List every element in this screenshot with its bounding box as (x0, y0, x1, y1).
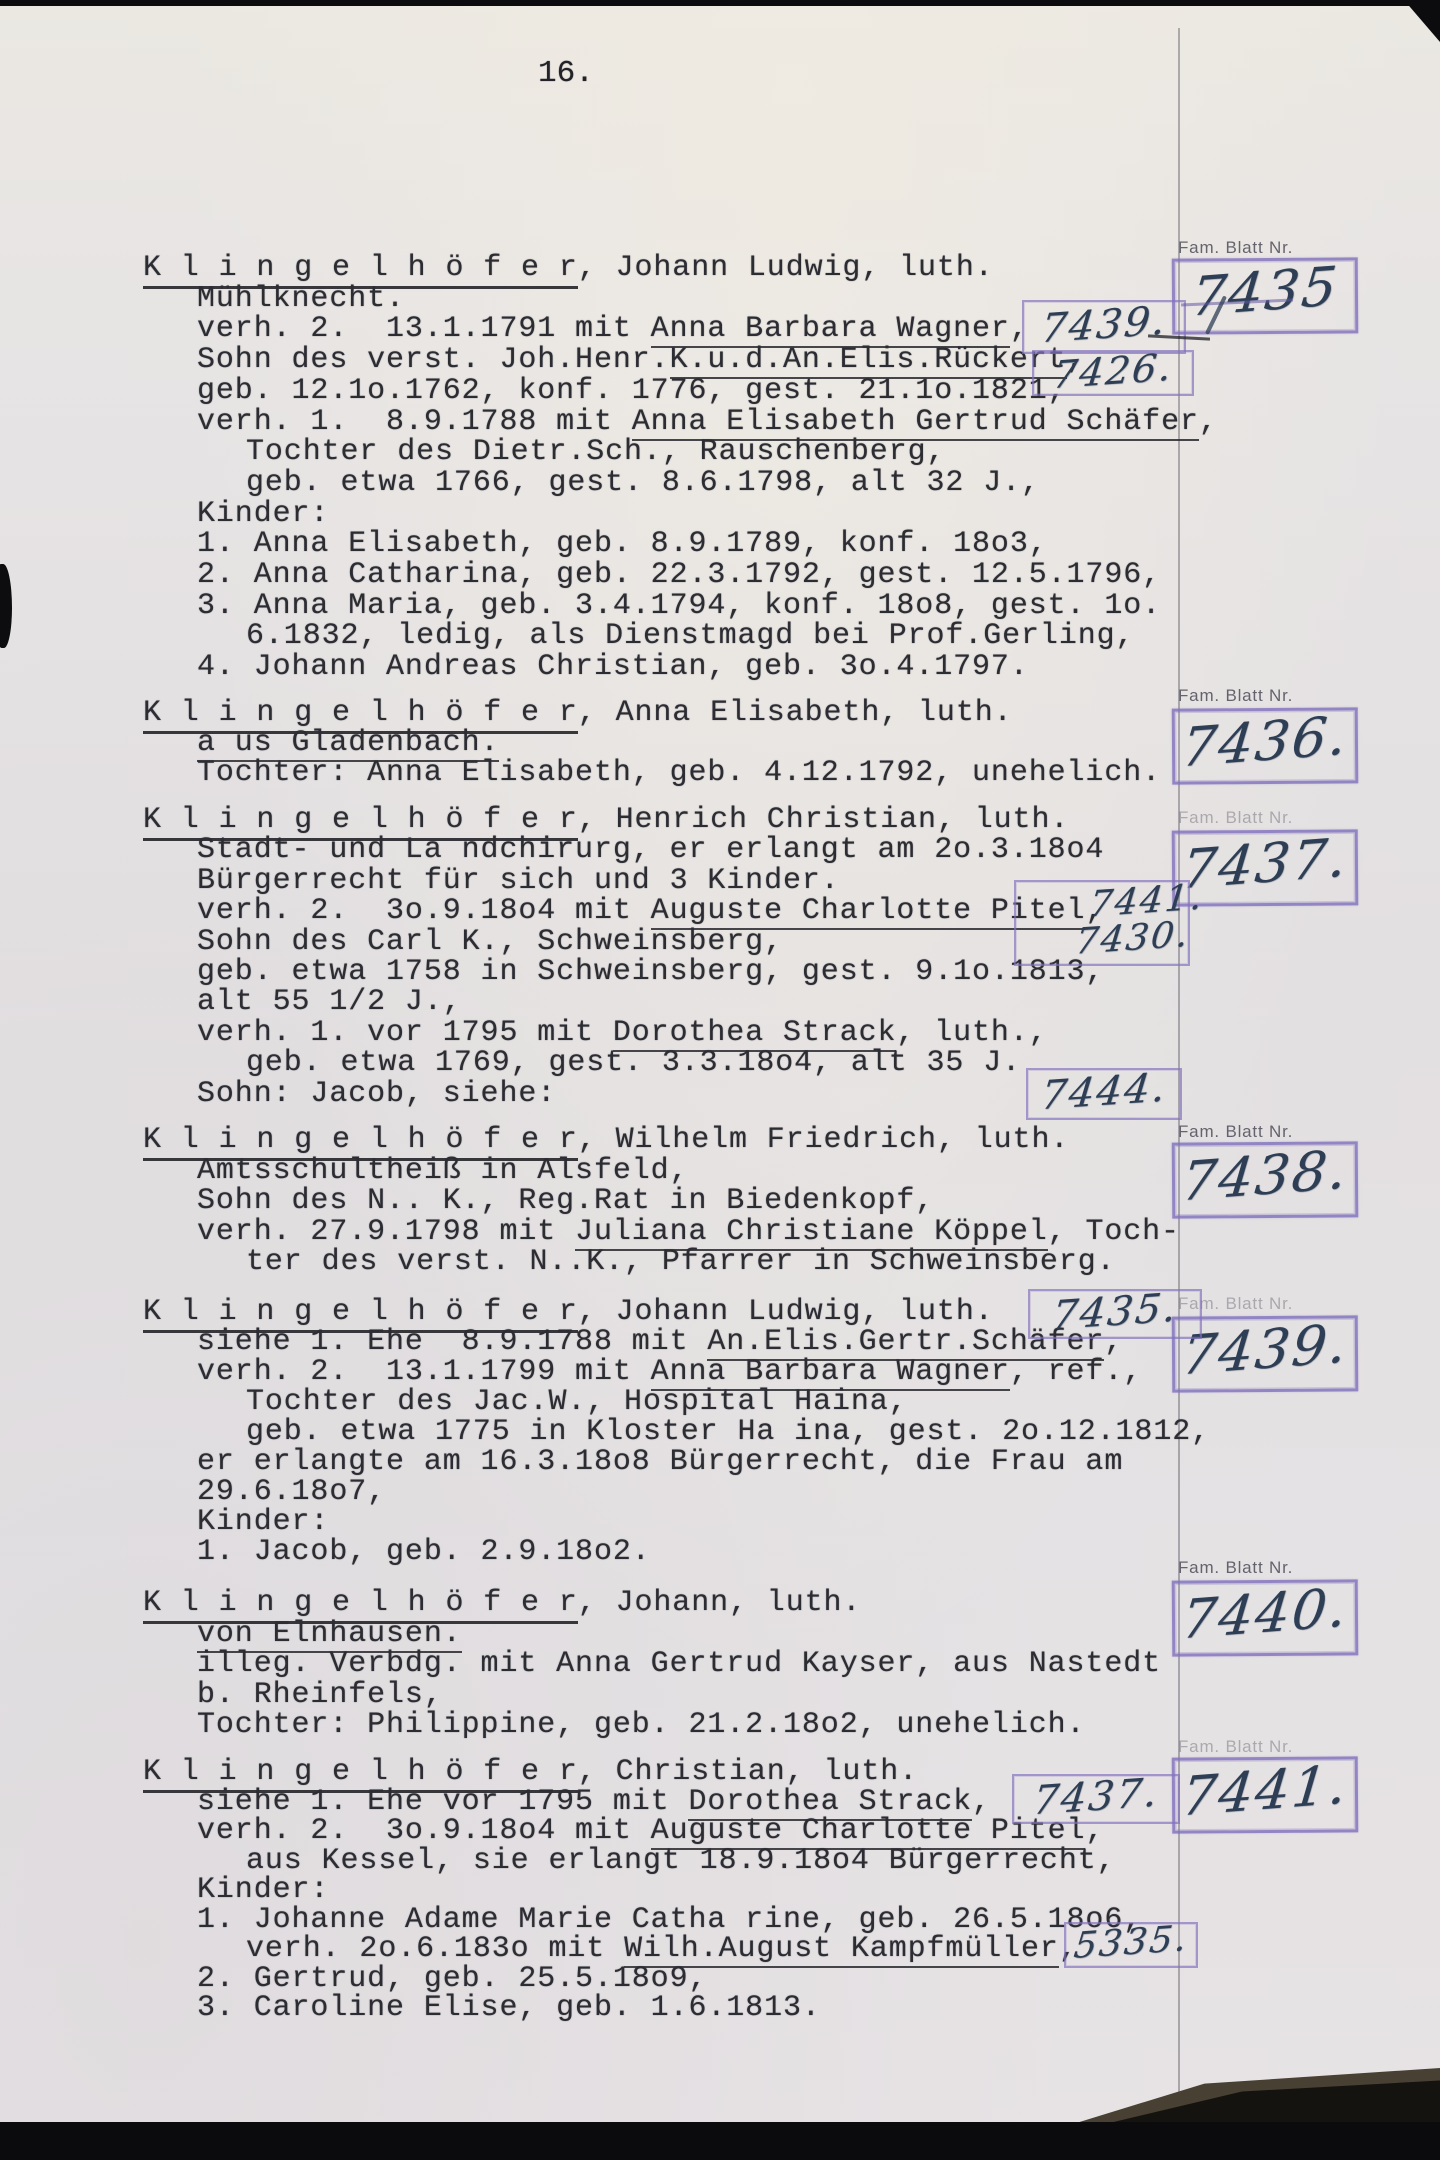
text-line: geb. etwa 1775 in Kloster Ha ina, gest. … (246, 1417, 1210, 1447)
text-line: verh. 2. 13.1.1799 mit Anna Barbara Wagn… (197, 1357, 1142, 1387)
page-number: 16. (538, 56, 594, 91)
text-line: Tochter des Jac.W., Hospital Haina, (246, 1387, 908, 1417)
text-segment: ter des verst. N..K., Pfarrer in Schwein… (246, 1245, 1116, 1279)
text-segment: Tochter des Jac.W., Hospital Haina, (246, 1385, 908, 1419)
handwritten-number: 7444. (1025, 1065, 1183, 1119)
text-segment: , ref., (1010, 1355, 1142, 1389)
text-segment: verh. 2. 13.1.1799 mit (197, 1355, 651, 1389)
text-line: Sohn: Jacob, siehe: (197, 1079, 556, 1109)
text-segment: er erlangte am 16.3.18o8 Bürgerrecht, di… (197, 1445, 1123, 1479)
handwritten-number: 5335. (1063, 1920, 1198, 1967)
text-segment: , Johann Ludwig, luth. (578, 251, 994, 285)
text-line: Stadt- und La ndchirurg, er erlangt am 2… (197, 835, 1104, 865)
text-line: verh. 2. 13.1.1791 mit Anna Barbara Wagn… (197, 314, 1029, 344)
text-line: er erlangte am 16.3.18o8 Bürgerrecht, di… (197, 1447, 1123, 1477)
text-segment: Sohn des verst. Joh.Henr. (197, 343, 670, 377)
text-segment: verh. 1. vor 1795 mit (197, 1016, 613, 1050)
text-line: Amtsschultheiß in Alsfeld, (197, 1156, 688, 1186)
scan-corner-top-right (1404, 0, 1440, 42)
text-line: Tochter des Dietr.Sch., Rauschenberg, (246, 437, 945, 467)
stamp-label: Fam. Blatt Nr. (1178, 1122, 1293, 1142)
text-line: K l i n g e l h ö f e r, Johann Ludwig, … (143, 1297, 994, 1327)
text-line: Sohn des Carl K., Schweinsberg, (197, 927, 783, 957)
text-segment: geb. etwa 1769, gest. 3.3.18o4, alt 35 J… (246, 1046, 1021, 1080)
stamp-number: 7441. (1171, 1753, 1359, 1829)
stamp-label: Fam. Blatt Nr. (1178, 238, 1293, 258)
text-segment: , Toch- (1048, 1215, 1180, 1249)
text-line: 2. Gertrud, geb. 25.5.18o9, (197, 1964, 707, 1994)
text-line: K l i n g e l h ö f e r, Henrich Christi… (143, 805, 1069, 835)
text-line: 6.1832, ledig, als Dienstmagd bei Prof.G… (246, 621, 1134, 651)
text-line: K l i n g e l h ö f e r, Christian, luth… (143, 1757, 918, 1787)
text-line: geb. etwa 1766, gest. 8.6.1798, alt 32 J… (246, 468, 1040, 498)
text-line: geb. 12.1o.1762, konf. 1776, gest. 21.1o… (197, 376, 1067, 406)
handwritten-annotation: 7426. (1032, 350, 1194, 396)
handwritten-annotation: 7430. (1076, 921, 1184, 961)
stamp-box: 7441. (1172, 1756, 1359, 1833)
text-line: K l i n g e l h ö f e r, Johann, luth. (143, 1588, 861, 1618)
text-segment: 1. Anna Elisabeth, geb. 8.9.1789, konf. … (197, 527, 1048, 561)
text-line: verh. 1. 8.9.1788 mit Anna Elisabeth Ger… (197, 407, 1218, 437)
stamp-box: 7440. (1172, 1579, 1359, 1656)
stamp-number: 7435 (1171, 254, 1359, 330)
text-line: b. Rheinfels, (197, 1680, 443, 1710)
text-line: siehe 1. Ehe 8.9.1788 mit An.Elis.Gertr.… (197, 1327, 1123, 1357)
text-line: aus Kessel, sie erlangt 18.9.18o4 Bürger… (246, 1846, 1116, 1876)
scan-mark-left-edge (0, 564, 12, 648)
stamp-label: Fam. Blatt Nr. (1178, 808, 1293, 828)
handwritten-number: 7426. (1031, 347, 1195, 396)
text-segment: verh. 1. 8.9.1788 mit (197, 405, 632, 439)
text-line: Mühlknecht. (197, 284, 405, 314)
text-segment: Kinder: (197, 497, 329, 531)
text-segment: Mühlknecht. (197, 282, 405, 316)
text-line: geb. etwa 1758 in Schweinsberg, gest. 9.… (197, 957, 1104, 987)
text-segment: Amtsschultheiß in Alsfeld, (197, 1154, 688, 1188)
text-segment: Tochter: Philippine, geb. 21.2.18o2, une… (197, 1708, 1085, 1742)
text-segment: Bürgerrecht für sich und 3 Kinder. (197, 864, 840, 898)
handwritten-number: 7435. (1027, 1285, 1203, 1339)
text-segment: , Henrich Christian, luth. (578, 803, 1069, 837)
text-segment: 6.1832, ledig, als Dienstmagd bei Prof.G… (246, 619, 1134, 653)
scanned-register-page: 16. K l i n g e l h ö f e r, Johann Ludw… (0, 0, 1440, 2160)
text-line: Kinder: (197, 1875, 329, 1905)
text-segment: , Anna Elisabeth, luth. (578, 696, 1013, 730)
text-line: Bürgerrecht für sich und 3 Kinder. (197, 866, 840, 896)
handwritten-annotation: 7435. (1028, 1289, 1202, 1339)
scan-edge-bottom (0, 2122, 1440, 2160)
text-line: Tochter: Anna Elisabeth, geb. 4.12.1792,… (197, 758, 1161, 788)
text-line: illeg. Verbdg. mit Anna Gertrud Kayser, … (197, 1649, 1161, 1679)
text-segment: siehe 1. Ehe 8.9.1788 mit (197, 1325, 707, 1359)
text-segment: geb. etwa 1758 in Schweinsberg, gest. 9.… (197, 955, 1104, 989)
text-segment: 3. Anna Maria, geb. 3.4.1794, konf. 18o8… (197, 589, 1161, 623)
text-line: siehe 1. Ehe vor 1795 mit Dorothea Strac… (197, 1787, 991, 1817)
text-line: 3. Caroline Elise, geb. 1.6.1813. (197, 1993, 821, 2023)
text-segment: , luth., (896, 1016, 1047, 1050)
scan-edge-top (0, 0, 1440, 6)
text-line: Kinder: (197, 499, 329, 529)
text-segment: geb. etwa 1766, gest. 8.6.1798, alt 32 J… (246, 466, 1040, 500)
text-segment: Stadt- und La ndchirurg, er erlangt am 2… (197, 833, 1104, 867)
handwritten-number: 7437. (1011, 1770, 1181, 1823)
text-segment: Kinder: (197, 1505, 329, 1539)
text-segment: Tochter des Dietr.Sch., Rauschenberg, (246, 435, 945, 469)
handwritten-annotation: 7444. (1026, 1068, 1182, 1120)
text-segment: 1. Jacob, geb. 2.9.18o2. (197, 1535, 651, 1569)
text-line: a us Gladenbach. (197, 728, 499, 758)
text-line: K l i n g e l h ö f e r, Johann Ludwig, … (143, 253, 994, 283)
text-segment: verh. 2. 13.1.1791 mit (197, 312, 651, 346)
text-segment: geb. etwa 1775 in Kloster Ha ina, gest. … (246, 1415, 1210, 1449)
text-line: 1. Anna Elisabeth, geb. 8.9.1789, konf. … (197, 529, 1048, 559)
text-line: von Elnhausen. (197, 1619, 462, 1649)
text-line: Sohn des N.. K., Reg.Rat in Biedenkopf, (197, 1186, 934, 1216)
text-segment: verh. 2. 3o.9.18o4 mit (197, 894, 651, 928)
text-line: K l i n g e l h ö f e r, Anna Elisabeth,… (143, 698, 1013, 728)
handwritten-number: 7430. (1074, 917, 1187, 960)
text-line: ter des verst. N..K., Pfarrer in Schwein… (246, 1247, 1116, 1277)
text-segment: geb. 12.1o.1762, konf. 1776, gest. 21.1o… (197, 374, 1067, 408)
text-line: Sohn des verst. Joh.Henr.K.u.d.An.Elis.R… (197, 345, 1085, 375)
stamp-label: Fam. Blatt Nr. (1178, 1737, 1293, 1757)
text-line: 2. Anna Catharina, geb. 22.3.1792, gest.… (197, 560, 1161, 590)
text-segment: b. Rheinfels, (197, 1678, 443, 1712)
text-line: 1. Jacob, geb. 2.9.18o2. (197, 1537, 651, 1567)
text-segment: Tochter: Anna Elisabeth, geb. 4.12.1792,… (197, 756, 1161, 790)
text-line: 3. Anna Maria, geb. 3.4.1794, konf. 18o8… (197, 591, 1161, 621)
text-segment: aus Kessel, sie erlangt 18.9.18o4 Bürger… (246, 1844, 1116, 1878)
text-line: verh. 1. vor 1795 mit Dorothea Strack, l… (197, 1018, 1048, 1048)
text-segment: , Johann, luth. (578, 1586, 862, 1620)
text-line: verh. 2. 3o.9.18o4 mit Auguste Charlotte… (197, 1816, 1104, 1846)
text-segment: , Johann Ludwig, luth. (578, 1295, 994, 1329)
handwritten-annotation: 7437. (1012, 1774, 1180, 1824)
stamp-box: 7436. (1172, 707, 1359, 784)
text-line: verh. 2o.6.183o mit Wilh.August Kampfmül… (246, 1934, 1078, 1964)
text-segment: 4. Johann Andreas Christian, geb. 3o.4.1… (197, 650, 1029, 684)
text-segment: Sohn: Jacob, siehe: (197, 1077, 556, 1111)
text-segment: illeg. Verbdg. mit Anna Gertrud Kayser, … (197, 1647, 1161, 1681)
stamp-label: Fam. Blatt Nr. (1178, 1558, 1293, 1578)
text-segment: 2. Anna Catharina, geb. 22.3.1792, gest.… (197, 558, 1161, 592)
text-segment: 29.6.18o7, (197, 1475, 386, 1509)
text-segment: , Wilhelm Friedrich, luth. (578, 1123, 1069, 1157)
handwritten-annotation: 5335. (1064, 1922, 1198, 1968)
stamp-box: 7435 (1172, 257, 1359, 334)
text-segment: Sohn des N.. K., Reg.Rat in Biedenkopf, (197, 1184, 934, 1218)
text-line: alt 55 1/2 J., (197, 987, 462, 1017)
text-segment: verh. 27.9.1798 mit (197, 1215, 575, 1249)
text-segment: Sohn des Carl K., Schweinsberg, (197, 925, 783, 959)
stamp-number: 7436. (1171, 704, 1359, 780)
text-line: Tochter: Philippine, geb. 21.2.18o2, une… (197, 1710, 1085, 1740)
stamp-number: 7438. (1171, 1138, 1359, 1214)
stamp-box: 7438. (1172, 1141, 1359, 1218)
text-line: 1. Johanne Adame Marie Catha rine, geb. … (197, 1905, 1142, 1935)
text-segment: alt 55 1/2 J., (197, 985, 462, 1019)
text-segment: 3. Caroline Elise, geb. 1.6.1813. (197, 1991, 821, 2025)
text-segment: , (1199, 405, 1218, 439)
text-line: geb. etwa 1769, gest. 3.3.18o4, alt 35 J… (246, 1048, 1021, 1078)
stamp-label: Fam. Blatt Nr. (1178, 686, 1293, 706)
text-line: verh. 27.9.1798 mit Juliana Christiane K… (197, 1217, 1180, 1247)
text-line: 4. Johann Andreas Christian, geb. 3o.4.1… (197, 652, 1029, 682)
text-line: Kinder: (197, 1507, 329, 1537)
text-line: K l i n g e l h ö f e r, Wilhelm Friedri… (143, 1125, 1069, 1155)
stamp-number: 7440. (1171, 1576, 1359, 1652)
text-line: verh. 2. 3o.9.18o4 mit Auguste Charlotte… (197, 896, 1104, 926)
text-line: 29.6.18o7, (197, 1477, 386, 1507)
